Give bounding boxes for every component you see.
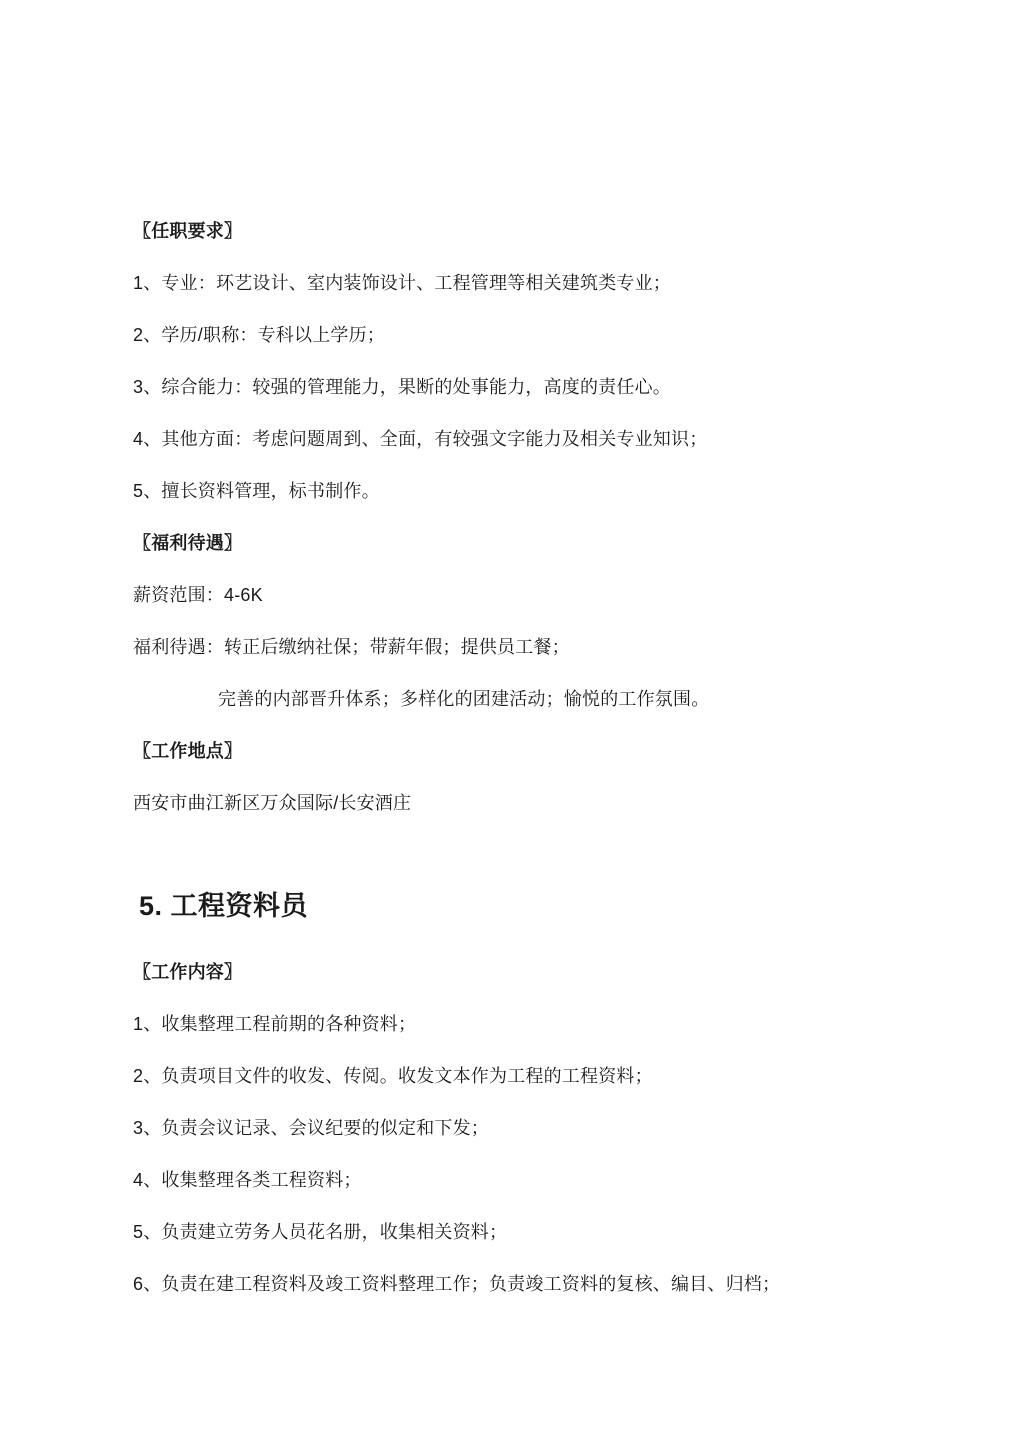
section-header-benefits: 〖福利待遇〗 xyxy=(133,534,934,552)
benefits-line-2: 完善的内部晋升体系；多样化的团建活动；愉悦的工作氛围。 xyxy=(133,690,934,708)
requirement-item-5: 5、擅长资料管理，标书制作。 xyxy=(133,482,934,500)
requirement-item-3: 3、综合能力：较强的管理能力，果断的处事能力，高度的责任心。 xyxy=(133,378,934,396)
requirement-item-2: 2、学历/职称：专科以上学历； xyxy=(133,326,934,344)
duty-item-1: 1、收集整理工程前期的各种资料； xyxy=(133,1015,934,1033)
duty-item-5: 5、负责建立劳务人员花名册，收集相关资料； xyxy=(133,1223,934,1241)
section-header-duties: 〖工作内容〗 xyxy=(133,963,934,981)
document-page: 〖任职要求〗 1、专业：环艺设计、室内装饰设计、工程管理等相关建筑类专业； 2、… xyxy=(0,0,1024,1448)
requirement-item-1: 1、专业：环艺设计、室内装饰设计、工程管理等相关建筑类专业； xyxy=(133,274,934,292)
duty-item-2: 2、负责项目文件的收发、传阅。收发文本作为工程的工程资料； xyxy=(133,1067,934,1085)
duty-item-6: 6、负责在建工程资料及竣工资料整理工作；负责竣工资料的复核、编目、归档； xyxy=(133,1275,934,1293)
benefits-line-1: 福利待遇：转正后缴纳社保；带薪年假；提供员工餐； xyxy=(133,638,934,656)
job-title-heading: 5. 工程资料员 xyxy=(133,892,934,920)
location-line: 西安市曲江新区万众国际/长安酒庄 xyxy=(133,794,934,812)
section-header-location: 〖工作地点〗 xyxy=(133,742,934,760)
section-header-requirements: 〖任职要求〗 xyxy=(133,222,934,240)
duty-item-3: 3、负责会议记录、会议纪要的似定和下发； xyxy=(133,1119,934,1137)
duty-item-4: 4、收集整理各类工程资料； xyxy=(133,1171,934,1189)
salary-range-line: 薪资范围：4-6K xyxy=(133,586,934,604)
requirement-item-4: 4、其他方面：考虑问题周到、全面，有较强文字能力及相关专业知识； xyxy=(133,430,934,448)
